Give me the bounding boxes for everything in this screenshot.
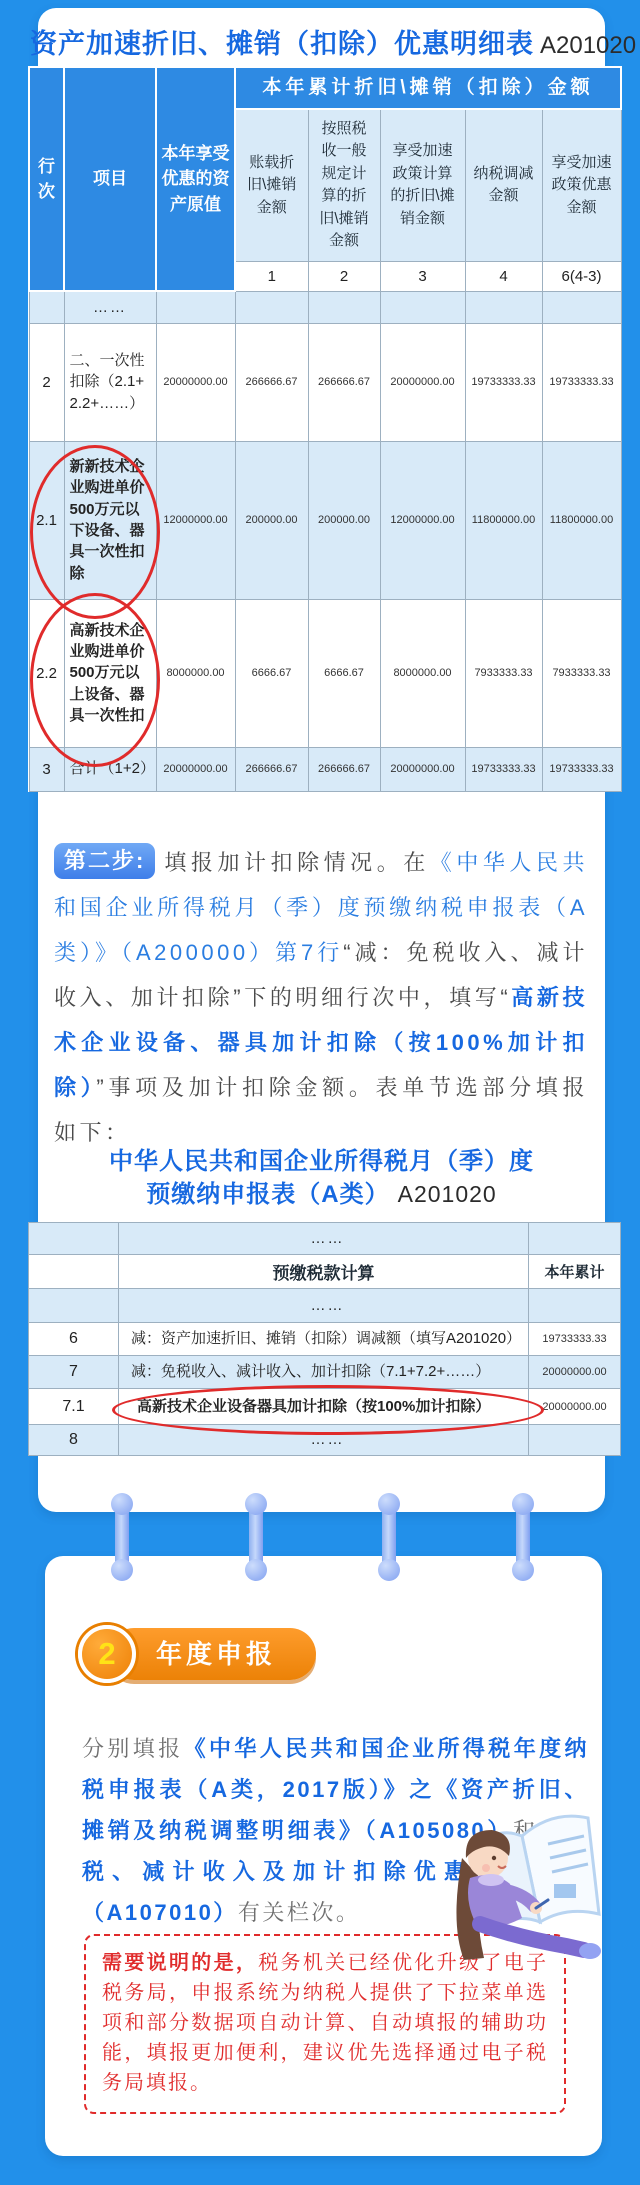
step2-badge: 第二步: <box>54 843 155 879</box>
table-cell <box>529 1289 621 1323</box>
table-row: …… <box>29 1223 621 1255</box>
binder-ring-icon <box>516 1499 530 1575</box>
table-cell: 2.1 <box>29 441 64 599</box>
text-segment: 填报加计扣除情况。在 <box>163 850 429 875</box>
accelerated-depreciation-table: 行次 项目 本年享受优惠的资产原值 本年累计折旧\摊销（扣除）金额 账载折旧\摊… <box>28 66 622 792</box>
binder-ring-icon <box>249 1499 263 1575</box>
table-cell <box>529 1223 621 1255</box>
monthly-return-title-text: 预缴纳申报表（A类） <box>146 1181 389 1208</box>
section-annual-filing: 2 年度申报 <box>78 1628 316 1686</box>
table-cell: 7933333.33 <box>465 599 542 747</box>
col-number: 1 <box>235 261 308 291</box>
table-cell: 200000.00 <box>308 441 380 599</box>
table-row: …… <box>29 1289 621 1323</box>
table-cell <box>529 1425 621 1456</box>
table-row: 7减：免税收入、减计收入、加计扣除（7.1+7.2+……）20000000.00 <box>29 1356 621 1389</box>
table-cell: 2 <box>29 323 64 441</box>
table-cell: 6666.67 <box>308 599 380 747</box>
table-cell: 266666.67 <box>308 323 380 441</box>
table-cell <box>29 1255 119 1289</box>
monthly-return-title-line2: 预缴纳申报表（A类）A201020 <box>38 1178 605 1211</box>
text-segment: 有关栏次。 <box>238 1900 361 1925</box>
form-title-text: 资产加速折旧、摊销（扣除）优惠明细表 <box>30 29 534 59</box>
reading-person-illustration <box>436 1796 606 1976</box>
table-cell <box>156 291 235 323</box>
text-segment: ”事项及加计扣除金额。表单节选部分填报如下： <box>54 1075 588 1145</box>
table-cell: 200000.00 <box>235 441 308 599</box>
table-header-row: 行次 项目 本年享受优惠的资产原值 本年累计折旧\摊销（扣除）金额 <box>29 67 621 109</box>
table-row: 2.2高新技术企业购进单价500万元以上设备、器具一次性扣8000000.006… <box>29 599 621 747</box>
table-cell: 266666.67 <box>235 747 308 791</box>
table-cell: 266666.67 <box>235 323 308 441</box>
table-cell: 19733333.33 <box>542 323 621 441</box>
binder-ring-icon <box>382 1499 396 1575</box>
table-row: 7.1高新技术企业设备器具加计扣除（按100%加计扣除）20000000.00 <box>29 1389 621 1425</box>
table-cell <box>29 1289 119 1323</box>
section-number-badge: 2 <box>78 1625 136 1683</box>
monthly-return-code: A201020 <box>398 1181 497 1207</box>
table-cell: 12000000.00 <box>156 441 235 599</box>
table-row: 3合计（1+2）20000000.00266666.67266666.67200… <box>29 747 621 791</box>
table-cell: 本年累计 <box>529 1255 621 1289</box>
table-cell: 20000000.00 <box>156 323 235 441</box>
table-cell: 6 <box>29 1323 119 1356</box>
table-cell: 11800000.00 <box>542 441 621 599</box>
table-cell: 8 <box>29 1425 119 1456</box>
table-cell <box>380 291 465 323</box>
table-row: …… <box>29 291 621 323</box>
table-cell: 8000000.00 <box>156 599 235 747</box>
table-row: 6减：资产加速折旧、摊销（扣除）调减额（填写A201020）19733333.3… <box>29 1323 621 1356</box>
form-code: A201020 <box>540 32 636 59</box>
table-row: 预缴税款计算本年累计 <box>29 1255 621 1289</box>
table-cell: 8000000.00 <box>380 599 465 747</box>
monthly-return-title-line1: 中华人民共和国企业所得税月（季）度 <box>38 1146 605 1178</box>
step2-text: 填报加计扣除情况。在《中华人民共和国企业所得税月（季）度预缴纳税申报表（A类）》… <box>54 850 588 1145</box>
prepayment-calc-table: ……预缴税款计算本年累计……6减：资产加速折旧、摊销（扣除）调减额（填写A201… <box>28 1222 621 1456</box>
col-number: 3 <box>380 261 465 291</box>
table-row: 8…… <box>29 1425 621 1456</box>
table-cell: 高新技术企业设备器具加计扣除（按100%加计扣除） <box>119 1389 529 1425</box>
table-cell: 20000000.00 <box>380 747 465 791</box>
monthly-return-title: 中华人民共和国企业所得税月（季）度 预缴纳申报表（A类）A201020 <box>38 1146 605 1211</box>
notice-lead: 需要说明的是， <box>102 1952 258 1974</box>
table-cell <box>235 291 308 323</box>
subheader-policy-benefit: 享受加速政策优惠金额 <box>542 109 621 261</box>
col-number: 6(4-3) <box>542 261 621 291</box>
table-cell: 7933333.33 <box>542 599 621 747</box>
table-cell: 19733333.33 <box>529 1323 621 1356</box>
section-label: 年度申报 <box>108 1628 316 1680</box>
table-cell: 20000000.00 <box>380 323 465 441</box>
table-cell <box>308 291 380 323</box>
table-cell: 7 <box>29 1356 119 1389</box>
table-cell: 20000000.00 <box>156 747 235 791</box>
table-cell: 19733333.33 <box>465 747 542 791</box>
binder-ring-icon <box>115 1499 129 1575</box>
table-cell: 新新技术企业购进单价500万元以下设备、器具一次性扣除 <box>64 441 156 599</box>
table-cell: 12000000.00 <box>380 441 465 599</box>
table-cell: 7.1 <box>29 1389 119 1425</box>
table-cell <box>542 291 621 323</box>
infographic-page: { "colors":{ "page_bg":"#2290ea","accent… <box>0 0 640 2185</box>
col-header-row-no: 行次 <box>29 67 64 291</box>
table-cell: 20000000.00 <box>529 1356 621 1389</box>
table-row: 2.1新新技术企业购进单价500万元以下设备、器具一次性扣除12000000.0… <box>29 441 621 599</box>
table-cell: 减：免税收入、减计收入、加计扣除（7.1+7.2+……） <box>119 1356 529 1389</box>
merged-header-amounts: 本年累计折旧\摊销（扣除）金额 <box>235 67 621 109</box>
table-cell: 11800000.00 <box>465 441 542 599</box>
subheader-accelerated-amount: 享受加速政策计算的折旧\摊销金额 <box>380 109 465 261</box>
table-cell: 高新技术企业购进单价500万元以上设备、器具一次性扣 <box>64 599 156 747</box>
text-segment: 分别填报 <box>82 1736 184 1761</box>
table-cell: 合计（1+2） <box>64 747 156 791</box>
step2-paragraph: 第二步:填报加计扣除情况。在《中华人民共和国企业所得税月（季）度预缴纳税申报表（… <box>54 840 588 1155</box>
col-header-asset-value: 本年享受优惠的资产原值 <box>156 67 235 291</box>
table-cell <box>465 291 542 323</box>
col-header-item: 项目 <box>64 67 156 291</box>
table-cell: 20000000.00 <box>529 1389 621 1425</box>
table-cell: …… <box>119 1223 529 1255</box>
table-cell: 266666.67 <box>308 747 380 791</box>
subheader-tax-reduction: 纳税调减金额 <box>465 109 542 261</box>
table-cell: 19733333.33 <box>465 323 542 441</box>
table-cell: …… <box>119 1425 529 1456</box>
col-number: 4 <box>465 261 542 291</box>
table-cell: …… <box>119 1289 529 1323</box>
col-number: 2 <box>308 261 380 291</box>
table-cell <box>29 291 64 323</box>
subheader-general-tax-amount: 按照税收一般规定计算的折旧\摊销金额 <box>308 109 380 261</box>
table-row: 2二、一次性扣除（2.1+2.2+……）20000000.00266666.67… <box>29 323 621 441</box>
subheader-book-amount: 账载折旧\摊销金额 <box>235 109 308 261</box>
table-cell: 二、一次性扣除（2.1+2.2+……） <box>64 323 156 441</box>
table-cell: 3 <box>29 747 64 791</box>
table-cell: 减：资产加速折旧、摊销（扣除）调减额（填写A201020） <box>119 1323 529 1356</box>
table-cell: 预缴税款计算 <box>119 1255 529 1289</box>
table-cell <box>29 1223 119 1255</box>
table-cell: …… <box>64 291 156 323</box>
form-title-a201020: 资产加速折旧、摊销（扣除）优惠明细表A201020 <box>30 22 614 61</box>
table-cell: 19733333.33 <box>542 747 621 791</box>
table-cell: 2.2 <box>29 599 64 747</box>
table-cell: 6666.67 <box>235 599 308 747</box>
